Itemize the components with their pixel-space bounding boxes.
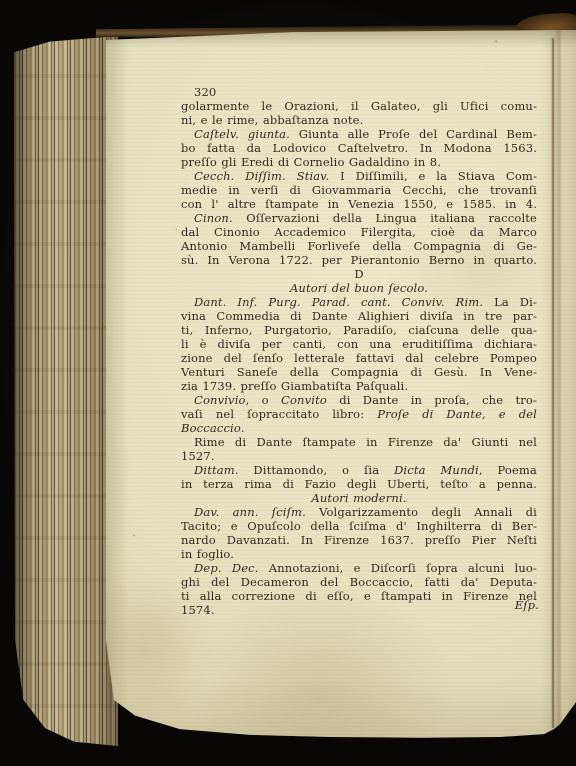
- gutter-fold-line: [552, 38, 554, 728]
- text-line: in foglio.: [181, 547, 537, 561]
- section-heading: Autori del buon ſecolo.: [181, 281, 537, 295]
- text-run: in terza rima di Fazio degli Uberti, teſ…: [181, 477, 537, 491]
- text-run: 1527.: [181, 449, 215, 463]
- text-run: I Diſſimili, e la Stiava Com-: [329, 169, 537, 183]
- text-run: Dittamondo, o ſia: [239, 463, 394, 477]
- text-block: 320golarmente le Orazioni, il Galateo, g…: [181, 85, 537, 617]
- text-run: Caſtelv. giunta.: [194, 127, 290, 141]
- text-run: , Poema: [479, 463, 537, 477]
- text-run: Proſe di Dante, e del: [377, 407, 537, 421]
- text-line: Tacito; e Opuſcolo della ſciſma d' Inghi…: [181, 519, 537, 533]
- text-line: Antonio Mambelli Forliveſe della Compagn…: [181, 239, 537, 253]
- text-run: bo fatta da Lodovico Caſtelvetro. In Mod…: [181, 141, 537, 155]
- text-line: 1574.Eſp.: [181, 603, 537, 617]
- text-run: Venturi Saneſe della Compagnia di Gesù. …: [181, 365, 537, 379]
- book-photo-scene: 320golarmente le Orazioni, il Galateo, g…: [0, 0, 576, 766]
- text-line: sù. In Verona 1722. per Pierantonio Bern…: [181, 253, 537, 267]
- text-line: Dav. ann. ſciſm. Volgarizzamento degli A…: [181, 505, 537, 519]
- text-line: preſſo gli Eredi di Cornelio Gadaldino i…: [181, 155, 537, 169]
- text-line: golarmente le Orazioni, il Galateo, gli …: [181, 99, 537, 113]
- text-run: Oſſervazioni della Lingua italiana racco…: [233, 211, 537, 225]
- text-run: medie in verſi di Giovammaria Cecchi, ch…: [181, 183, 537, 197]
- text-line: zione del ſenſo letterale fattavi dal ce…: [181, 351, 537, 365]
- text-line: Boccaccio.: [181, 421, 537, 435]
- text-run: Cecch. Diſſim. Stiav.: [194, 169, 329, 183]
- text-run: Autori moderni.: [311, 491, 406, 505]
- text-run: , o: [246, 393, 281, 407]
- text-run: sù. In Verona 1722. per Pierantonio Bern…: [181, 253, 537, 267]
- text-line: Convivio, o Convito di Dante in proſa, c…: [181, 393, 537, 407]
- text-line: nardo Davanzati. In Firenze 1637. preſſo…: [181, 533, 537, 547]
- book-page: 320golarmente le Orazioni, il Galateo, g…: [106, 30, 576, 742]
- text-line: Cecch. Diſſim. Stiav. I Diſſimili, e la …: [181, 169, 537, 183]
- text-run: in foglio.: [181, 547, 234, 561]
- text-run: Rime di Dante ſtampate in Firenze da' Gi…: [194, 435, 537, 449]
- text-run: La Di-: [483, 295, 537, 309]
- text-line: Cinon. Oſſervazioni della Lingua italian…: [181, 211, 537, 225]
- text-line: in terza rima di Fazio degli Uberti, teſ…: [181, 477, 537, 491]
- text-line: Rime di Dante ſtampate in Firenze da' Gi…: [181, 435, 537, 449]
- text-run: vina Commedia di Dante Alighieri diviſa …: [181, 309, 537, 323]
- text-line: 1527.: [181, 449, 537, 463]
- text-run: Antonio Mambelli Forliveſe della Compagn…: [181, 239, 537, 253]
- text-run: ghi del Decameron del Boccaccio, fatti d…: [181, 575, 537, 589]
- text-run: vaſi nel ſopraccitato libro:: [181, 407, 377, 421]
- text-line: li è diviſa per canti, con una eruditiſſ…: [181, 337, 537, 351]
- text-run: Dav. ann. ſciſm.: [194, 505, 306, 519]
- text-run: D: [354, 267, 363, 281]
- text-run: 1574.: [181, 603, 215, 617]
- text-run: Giunta alle Proſe del Cardinal Bem-: [290, 127, 537, 141]
- text-run: ti alla correzione di eſſo, e ſtampati i…: [181, 589, 537, 603]
- text-run: Convito: [281, 393, 327, 407]
- text-run: dal Cinonio Accademico Filergita, cioè d…: [181, 225, 537, 239]
- text-run: ni, e le rime, abbaſtanza note.: [181, 113, 363, 127]
- text-line: dal Cinonio Accademico Filergita, cioè d…: [181, 225, 537, 239]
- section-heading: Autori moderni.: [181, 491, 537, 505]
- text-run: Dicta Mundi: [394, 463, 479, 477]
- text-run: zione del ſenſo letterale fattavi dal ce…: [181, 351, 537, 365]
- text-line: ghi del Decameron del Boccaccio, fatti d…: [181, 575, 537, 589]
- text-run: Dittam.: [194, 463, 239, 477]
- text-run: con l' altre ſtampate in Venezia 1550, e…: [181, 197, 537, 211]
- text-line: bo fatta da Lodovico Caſtelvetro. In Mod…: [181, 141, 537, 155]
- section-letter: D: [181, 267, 537, 281]
- text-line: vaſi nel ſopraccitato libro: Proſe di Da…: [181, 407, 537, 421]
- catchword: Eſp.: [515, 598, 539, 612]
- text-run: preſſo gli Eredi di Cornelio Gadaldino i…: [181, 155, 441, 169]
- text-run: Dant. Inf. Purg. Parad. cant. Conviv. Ri…: [194, 295, 483, 309]
- text-run: li è diviſa per canti, con una eruditiſſ…: [181, 337, 537, 351]
- text-line: vina Commedia di Dante Alighieri diviſa …: [181, 309, 537, 323]
- text-run: Cinon.: [194, 211, 233, 225]
- page-number: 320: [181, 85, 537, 99]
- text-run: Boccaccio.: [181, 421, 245, 435]
- text-line: ti, Inferno, Purgatorio, Paradiſo, ciaſc…: [181, 323, 537, 337]
- text-line: Caſtelv. giunta. Giunta alle Proſe del C…: [181, 127, 537, 141]
- text-run: Tacito; e Opuſcolo della ſciſma d' Inghi…: [181, 519, 537, 533]
- text-run: golarmente le Orazioni, il Galateo, gli …: [181, 99, 537, 113]
- page-stack-fore-edge: [14, 36, 118, 746]
- text-line: ti alla correzione di eſſo, e ſtampati i…: [181, 589, 537, 603]
- text-line: Dant. Inf. Purg. Parad. cant. Conviv. Ri…: [181, 295, 537, 309]
- text-run: di Dante in proſa, che tro-: [327, 393, 537, 407]
- text-run: Convivio: [194, 393, 246, 407]
- text-run: Volgarizzamento degli Annali di: [306, 505, 537, 519]
- text-run: nardo Davanzati. In Firenze 1637. preſſo…: [181, 533, 537, 547]
- text-line: medie in verſi di Giovammaria Cecchi, ch…: [181, 183, 537, 197]
- text-line: Dep. Dec. Annotazioni, e Diſcorſi ſopra …: [181, 561, 537, 575]
- text-line: con l' altre ſtampate in Venezia 1550, e…: [181, 197, 537, 211]
- text-line: zia 1739. preſſo Giambatiſta Paſquali.: [181, 379, 537, 393]
- text-line: ni, e le rime, abbaſtanza note.: [181, 113, 537, 127]
- text-run: Autori del buon ſecolo.: [290, 281, 428, 295]
- gutter-shadow: [540, 30, 576, 742]
- text-run: Dep. Dec.: [194, 561, 259, 575]
- text-run: zia 1739. preſſo Giambatiſta Paſquali.: [181, 379, 408, 393]
- text-run: ti, Inferno, Purgatorio, Paradiſo, ciaſc…: [181, 323, 537, 337]
- text-run: 320: [194, 85, 216, 99]
- text-run: Annotazioni, e Diſcorſi ſopra alcuni luo…: [259, 561, 537, 575]
- text-line: Venturi Saneſe della Compagnia di Gesù. …: [181, 365, 537, 379]
- text-line: Dittam. Dittamondo, o ſia Dicta Mundi, P…: [181, 463, 537, 477]
